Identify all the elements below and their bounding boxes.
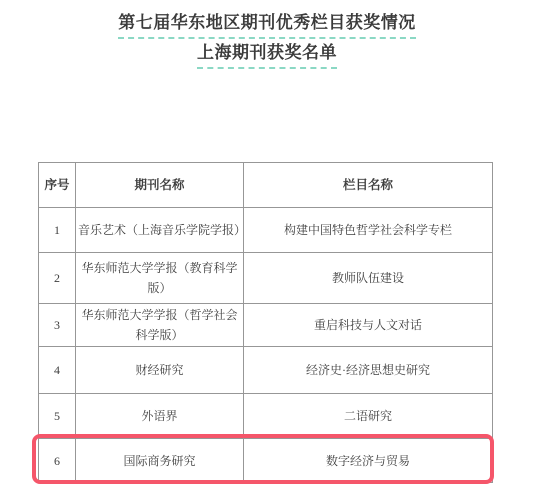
document-page: 第七届华东地区期刊优秀栏目获奖情况 上海期刊获奖名单 序号 期刊名称 栏目名称 … xyxy=(0,0,534,496)
table-row: 4 财经研究 经济史·经济思想史研究 xyxy=(39,347,493,394)
row-no: 3 xyxy=(39,304,76,347)
journal-name: 外语界 xyxy=(76,394,244,439)
journal-name: 音乐艺术（上海音乐学院学报） xyxy=(76,208,244,253)
row-no: 4 xyxy=(39,347,76,394)
page-title-line1: 第七届华东地区期刊优秀栏目获奖情况 xyxy=(0,9,534,39)
awards-table-container: 序号 期刊名称 栏目名称 1 音乐艺术（上海音乐学院学报） 构建中国特色哲学社会… xyxy=(38,162,493,483)
col-header-journal: 期刊名称 xyxy=(76,163,244,208)
row-no: 6 xyxy=(39,439,76,483)
journal-name: 华东师范大学学报（哲学社会科学版） xyxy=(76,304,244,347)
row-no: 5 xyxy=(39,394,76,439)
awards-table: 序号 期刊名称 栏目名称 1 音乐艺术（上海音乐学院学报） 构建中国特色哲学社会… xyxy=(38,162,493,483)
journal-name: 国际商务研究 xyxy=(76,439,244,483)
page-title-line2: 上海期刊获奖名单 xyxy=(0,39,534,69)
column-name: 重启科技与人文对话 xyxy=(244,304,493,347)
column-name: 教师队伍建设 xyxy=(244,253,493,304)
table-row: 5 外语界 二语研究 xyxy=(39,394,493,439)
row-no: 2 xyxy=(39,253,76,304)
table-row: 3 华东师范大学学报（哲学社会科学版） 重启科技与人文对话 xyxy=(39,304,493,347)
table-row-highlighted: 6 国际商务研究 数字经济与贸易 xyxy=(39,439,493,483)
col-header-column: 栏目名称 xyxy=(244,163,493,208)
row-no: 1 xyxy=(39,208,76,253)
column-name: 构建中国特色哲学社会科学专栏 xyxy=(244,208,493,253)
journal-name: 财经研究 xyxy=(76,347,244,394)
table-row: 2 华东师范大学学报（教育科学版） 教师队伍建设 xyxy=(39,253,493,304)
column-name: 二语研究 xyxy=(244,394,493,439)
page-title: 第七届华东地区期刊优秀栏目获奖情况 上海期刊获奖名单 xyxy=(0,9,534,69)
column-name: 经济史·经济思想史研究 xyxy=(244,347,493,394)
journal-name: 华东师范大学学报（教育科学版） xyxy=(76,253,244,304)
col-header-no: 序号 xyxy=(39,163,76,208)
table-row: 1 音乐艺术（上海音乐学院学报） 构建中国特色哲学社会科学专栏 xyxy=(39,208,493,253)
column-name: 数字经济与贸易 xyxy=(244,439,493,483)
table-header-row: 序号 期刊名称 栏目名称 xyxy=(39,163,493,208)
